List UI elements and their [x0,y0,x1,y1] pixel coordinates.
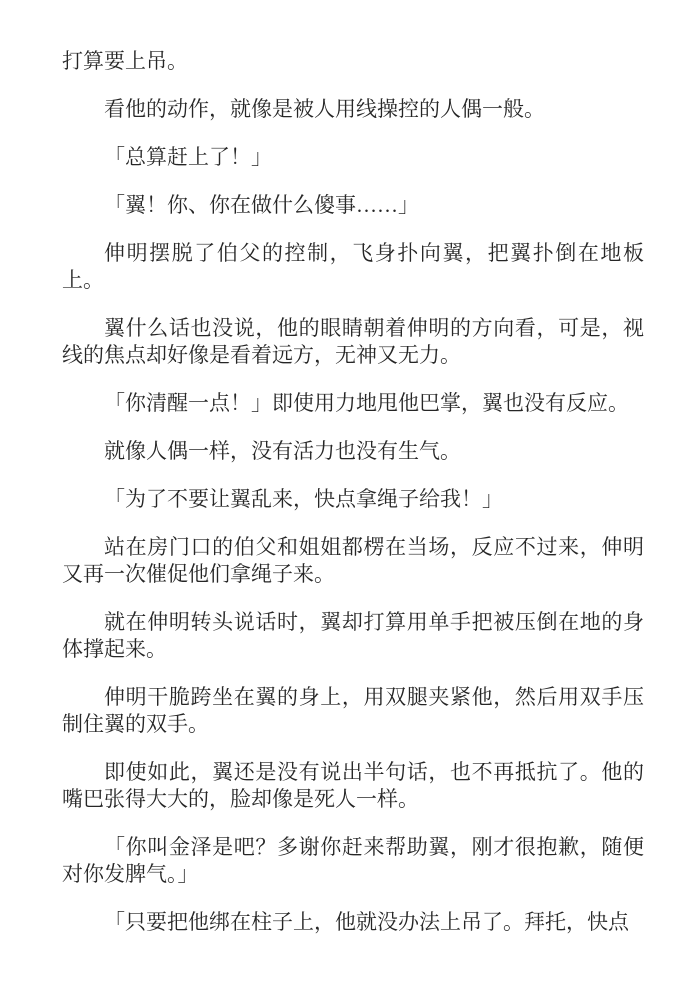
paragraph: 站在房门口的伯父和姐姐都楞在当场，反应不过来，伸明又再一次催促他们拿绳子来。 [62,534,644,588]
paragraph: 「翼！你、你在做什么傻事……」 [62,192,644,219]
paragraph: 打算要上吊。 [62,48,644,75]
paragraph: 「你叫金泽是吧？多谢你赶来帮助翼，刚才很抱歉，随便对你发脾气。」 [62,834,644,888]
paragraph: 就像人偶一样，没有活力也没有生气。 [62,438,644,465]
paragraph: 伸明干脆跨坐在翼的身上，用双腿夹紧他，然后用双手压制住翼的双手。 [62,684,644,738]
paragraph: 「总算赶上了！」 [62,144,644,171]
paragraph: 看他的动作，就像是被人用线操控的人偶一般。 [62,96,644,123]
paragraph: 「只要把他绑在柱子上，他就没办法上吊了。拜托，快点 [62,909,644,936]
paragraph: 「为了不要让翼乱来，快点拿绳子给我！」 [62,486,644,513]
paragraph: 即使如此，翼还是没有说出半句话，也不再抵抗了。他的嘴巴张得大大的，脸却像是死人一… [62,759,644,813]
paragraph: 就在伸明转头说话时，翼却打算用单手把被压倒在地的身体撑起来。 [62,609,644,663]
book-page: 打算要上吊。看他的动作，就像是被人用线操控的人偶一般。「总算赶上了！」「翼！你、… [0,0,700,992]
paragraph: 翼什么话也没说，他的眼睛朝着伸明的方向看，可是，视线的焦点却好像是看着远方，无神… [62,315,644,369]
paragraph: 伸明摆脱了伯父的控制，飞身扑向翼，把翼扑倒在地板上。 [62,240,644,294]
paragraph: 「你清醒一点！」即使用力地甩他巴掌，翼也没有反应。 [62,390,644,417]
page-content: 打算要上吊。看他的动作，就像是被人用线操控的人偶一般。「总算赶上了！」「翼！你、… [62,48,644,936]
